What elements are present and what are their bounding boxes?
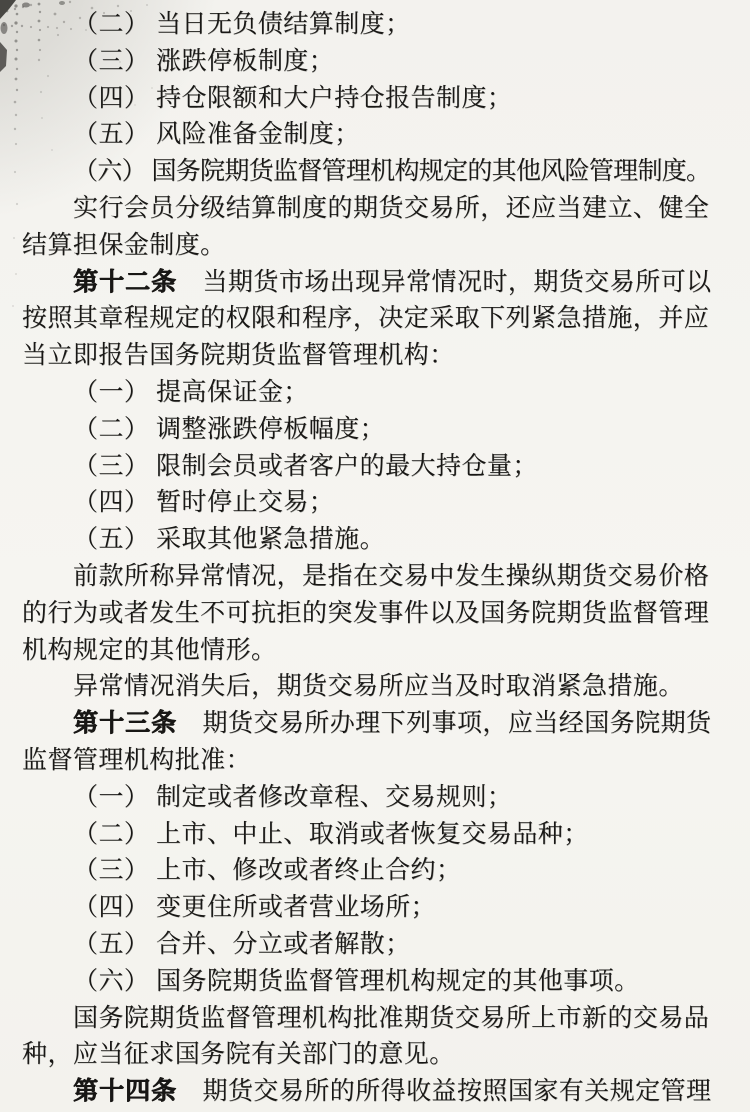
text-line: 异常情况消失后，期货交易所应当及时取消紧急措施。: [22, 669, 750, 706]
text-line: 前款所称异常情况，是指在交易中发生操纵期货交易价格: [22, 559, 750, 596]
line-text: 结算担保金制度。: [22, 232, 226, 259]
line-text: 当立即报告国务院期货监督管理机构：: [22, 342, 455, 369]
line-text: 前款所称异常情况，是指在交易中发生操纵期货交易价格: [73, 563, 709, 590]
line-text: 期货交易所的所得收益按照国家有关规定管理: [177, 1078, 711, 1105]
line-text: 实行会员分级结算制度的期货交易所，还应当建立、健全: [73, 195, 709, 222]
line-text: （一） 提高保证金；: [73, 379, 309, 406]
line-text: （三） 限制会员或者客户的最大持仓量；: [73, 453, 538, 480]
text-line: 国务院期货监督管理机构批准期货交易所上市新的交易品: [22, 1001, 750, 1038]
text-line: （三） 限制会员或者客户的最大持仓量；: [22, 449, 750, 486]
line-text: （三） 涨跌停板制度；: [73, 48, 334, 75]
line-text: 期货交易所办理下列事项，应当经国务院期货: [177, 710, 711, 737]
line-text: （五） 采取其他紧急措施。: [73, 526, 385, 553]
document-body: （二） 当日无负债结算制度；（三） 涨跌停板制度；（四） 持仓限额和大户持仓报告…: [0, 0, 750, 1112]
text-line: 第十三条 期货交易所办理下列事项，应当经国务院期货: [22, 706, 750, 743]
scanned-page: { "page": { "paper_color": "#f5f4f0", "i…: [0, 0, 750, 1112]
line-text: 种，应当征求国务院有关部门的意见。: [22, 1041, 455, 1068]
line-text: 当期货市场出现异常情况时，期货交易所可以: [177, 269, 711, 296]
text-line: （一） 制定或者修改章程、交易规则；: [22, 780, 750, 817]
line-text: （四） 暂时停止交易；: [73, 489, 334, 516]
line-text: （二） 调整涨跌停板幅度；: [73, 416, 385, 443]
text-line: 的行为或者发生不可抗拒的突发事件以及国务院期货监督管理: [22, 596, 750, 633]
line-text: （一） 制定或者修改章程、交易规则；: [73, 784, 512, 811]
line-text: （五） 合并、分立或者解散；: [73, 931, 411, 958]
text-line: （四） 暂时停止交易；: [22, 485, 750, 522]
line-text: 国务院期货监督管理机构批准期货交易所上市新的交易品: [73, 1005, 709, 1032]
text-line: （五） 合并、分立或者解散；: [22, 927, 750, 964]
text-line: （五） 采取其他紧急措施。: [22, 522, 750, 559]
text-line: （二） 当日无负债结算制度；: [22, 7, 750, 44]
line-text: （五） 风险准备金制度；: [73, 121, 360, 148]
line-text: （四） 持仓限额和大户持仓报告制度；: [73, 85, 512, 112]
text-line: （四） 变更住所或者营业场所；: [22, 890, 750, 927]
line-text: （三） 上市、修改或者终止合约；: [73, 857, 461, 884]
article-number: 第十三条: [73, 710, 177, 737]
line-text: 按照其章程规定的权限和程序，决定采取下列紧急措施，并应: [22, 305, 709, 332]
line-text: 监督管理机构批准：: [22, 747, 251, 774]
line-text: （四） 变更住所或者营业场所；: [73, 894, 436, 921]
text-line: （三） 涨跌停板制度；: [22, 44, 750, 81]
line-text: （六） 国务院期货监督管理机构规定的其他风险管理制度。: [73, 158, 710, 185]
text-line: （六） 国务院期货监督管理机构规定的其他事项。: [22, 964, 750, 1001]
text-line: 按照其章程规定的权限和程序，决定采取下列紧急措施，并应: [22, 301, 750, 338]
text-line: 结算担保金制度。: [22, 228, 750, 265]
text-line: （六） 国务院期货监督管理机构规定的其他风险管理制度。: [22, 154, 750, 191]
text-line: 第十二条 当期货市场出现异常情况时，期货交易所可以: [22, 265, 750, 302]
line-text: 的行为或者发生不可抗拒的突发事件以及国务院期货监督管理: [22, 600, 709, 627]
line-text: （六） 国务院期货监督管理机构规定的其他事项。: [73, 968, 640, 995]
line-text: 机构规定的其他情形。: [22, 637, 277, 664]
text-line: 监督管理机构批准：: [22, 743, 750, 780]
text-line: 机构规定的其他情形。: [22, 633, 750, 670]
text-line: 当立即报告国务院期货监督管理机构：: [22, 338, 750, 375]
text-line: 第十四条 期货交易所的所得收益按照国家有关规定管理: [22, 1074, 750, 1111]
line-text: （二） 上市、中止、取消或者恢复交易品种；: [73, 821, 589, 848]
text-line: 种，应当征求国务院有关部门的意见。: [22, 1037, 750, 1074]
text-line: （五） 风险准备金制度；: [22, 117, 750, 154]
article-number: 第十二条: [73, 269, 177, 296]
text-line: （四） 持仓限额和大户持仓报告制度；: [22, 81, 750, 118]
line-text: 异常情况消失后，期货交易所应当及时取消紧急措施。: [73, 673, 684, 700]
text-line: （二） 调整涨跌停板幅度；: [22, 412, 750, 449]
text-line: （二） 上市、中止、取消或者恢复交易品种；: [22, 817, 750, 854]
text-line: （三） 上市、修改或者终止合约；: [22, 853, 750, 890]
text-line: 实行会员分级结算制度的期货交易所，还应当建立、健全: [22, 191, 750, 228]
text-line: （一） 提高保证金；: [22, 375, 750, 412]
line-text: （二） 当日无负债结算制度；: [73, 11, 411, 38]
article-number: 第十四条: [73, 1078, 177, 1105]
